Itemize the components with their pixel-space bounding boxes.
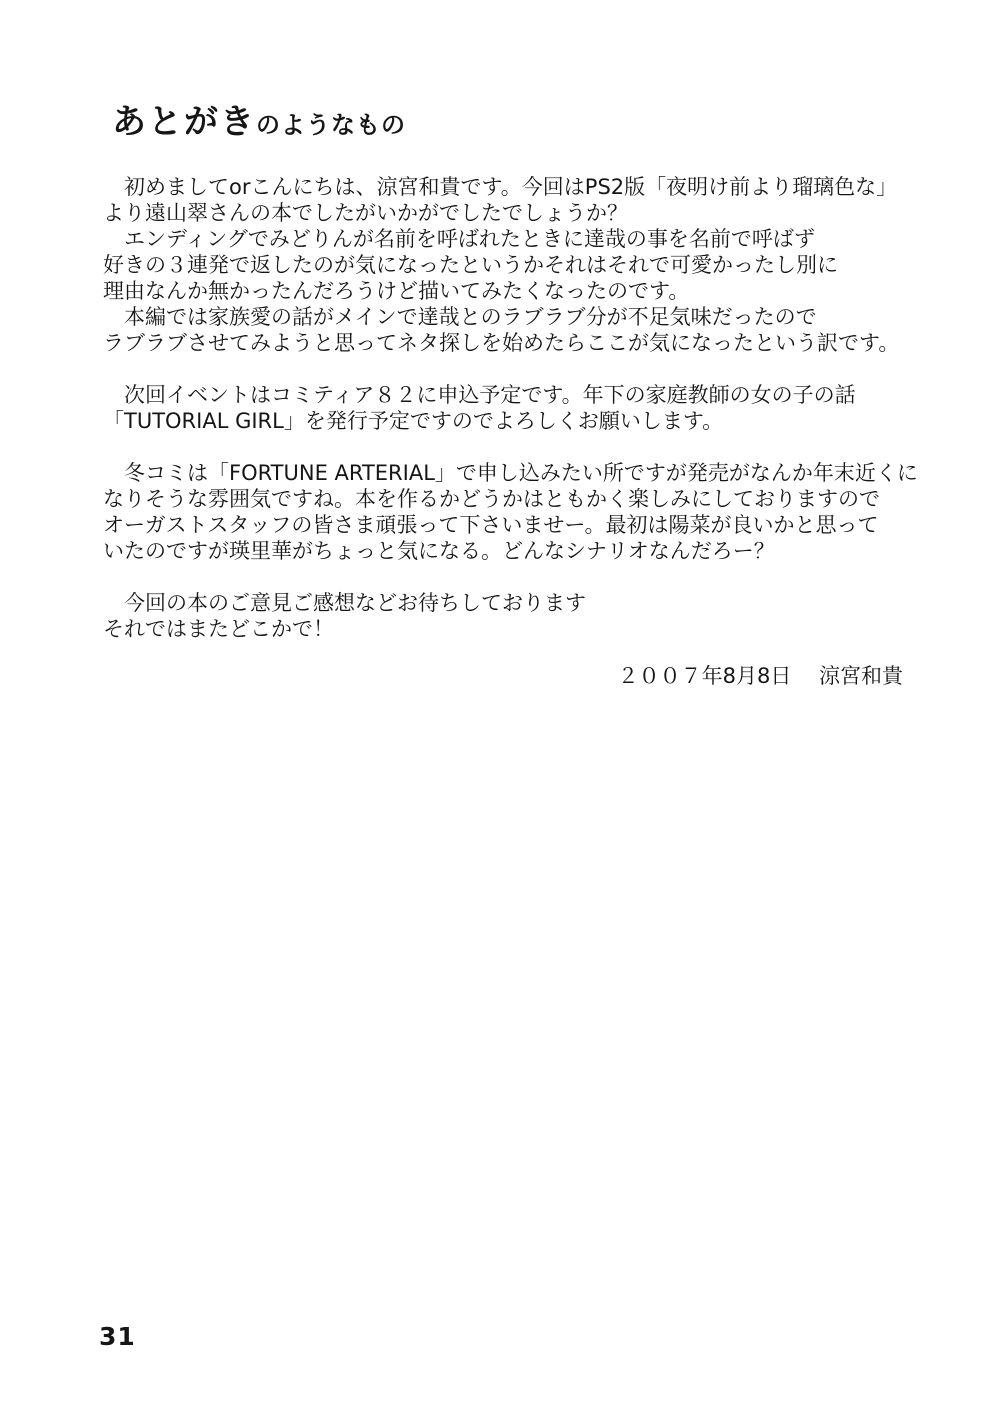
body-line: 次回イベントはコミティア８２に申込予定です。年下の家庭教師の女の子の話 xyxy=(103,382,943,408)
body-line: 「TUTORIAL GIRL」を発行予定ですのでよろしくお願いします。 xyxy=(103,408,943,434)
page-number: 31 xyxy=(99,1322,136,1351)
body-line: 本編では家族愛の話がメインで達哉とのラブラブ分が不足気味だったので xyxy=(103,304,943,330)
body-line-blank xyxy=(103,434,943,460)
body-line: 今回の本のご意見ご感想などお待ちしております xyxy=(103,590,943,616)
body-line: オーガストスタッフの皆さま頑張って下さいませー。最初は陽菜が良いかと思って xyxy=(103,512,943,538)
date-signature: ２００７年8月8日 涼宮和貴 xyxy=(0,663,903,689)
page-title-sub: のようなもの xyxy=(256,105,406,140)
body-line: 好きの３連発で返したのが気になったというかそれはそれで可愛かったし別に xyxy=(103,252,943,278)
afterword-page: あとがきのようなもの 初めましてorこんにちは、涼宮和貴です。今回はPS2版「夜… xyxy=(0,0,1000,1412)
body-line: いたのですが瑛里華がちょっと気になる。どんなシナリオなんだろー？ xyxy=(103,538,943,564)
body-line-blank xyxy=(103,564,943,590)
body-line: エンディングでみどりんが名前を呼ばれたときに達哉の事を名前で呼ばず xyxy=(103,226,943,252)
page-title-main: あとがき xyxy=(112,94,256,143)
page-title: あとがきのようなもの xyxy=(112,94,406,143)
body-line-blank xyxy=(103,356,943,382)
body-line: 冬コミは「FORTUNE ARTERIAL」で申し込みたい所ですが発売がなんか年… xyxy=(103,460,943,486)
body-line: 初めましてorこんにちは、涼宮和貴です。今回はPS2版「夜明け前より瑠璃色な」 xyxy=(103,174,943,200)
body-line: 理由なんか無かったんだろうけど描いてみたくなったのです。 xyxy=(103,278,943,304)
body-line: ラブラブさせてみようと思ってネタ探しを始めたらここが気になったという訳です。 xyxy=(103,330,943,356)
afterword-body: 初めましてorこんにちは、涼宮和貴です。今回はPS2版「夜明け前より瑠璃色な」 … xyxy=(103,174,943,642)
body-line: それではまたどこかで！ xyxy=(103,616,943,642)
body-line: より遠山翠さんの本でしたがいかがでしたでしょうか？ xyxy=(103,200,943,226)
body-line: なりそうな雰囲気ですね。本を作るかどうかはともかく楽しみにしておりますので xyxy=(103,486,943,512)
